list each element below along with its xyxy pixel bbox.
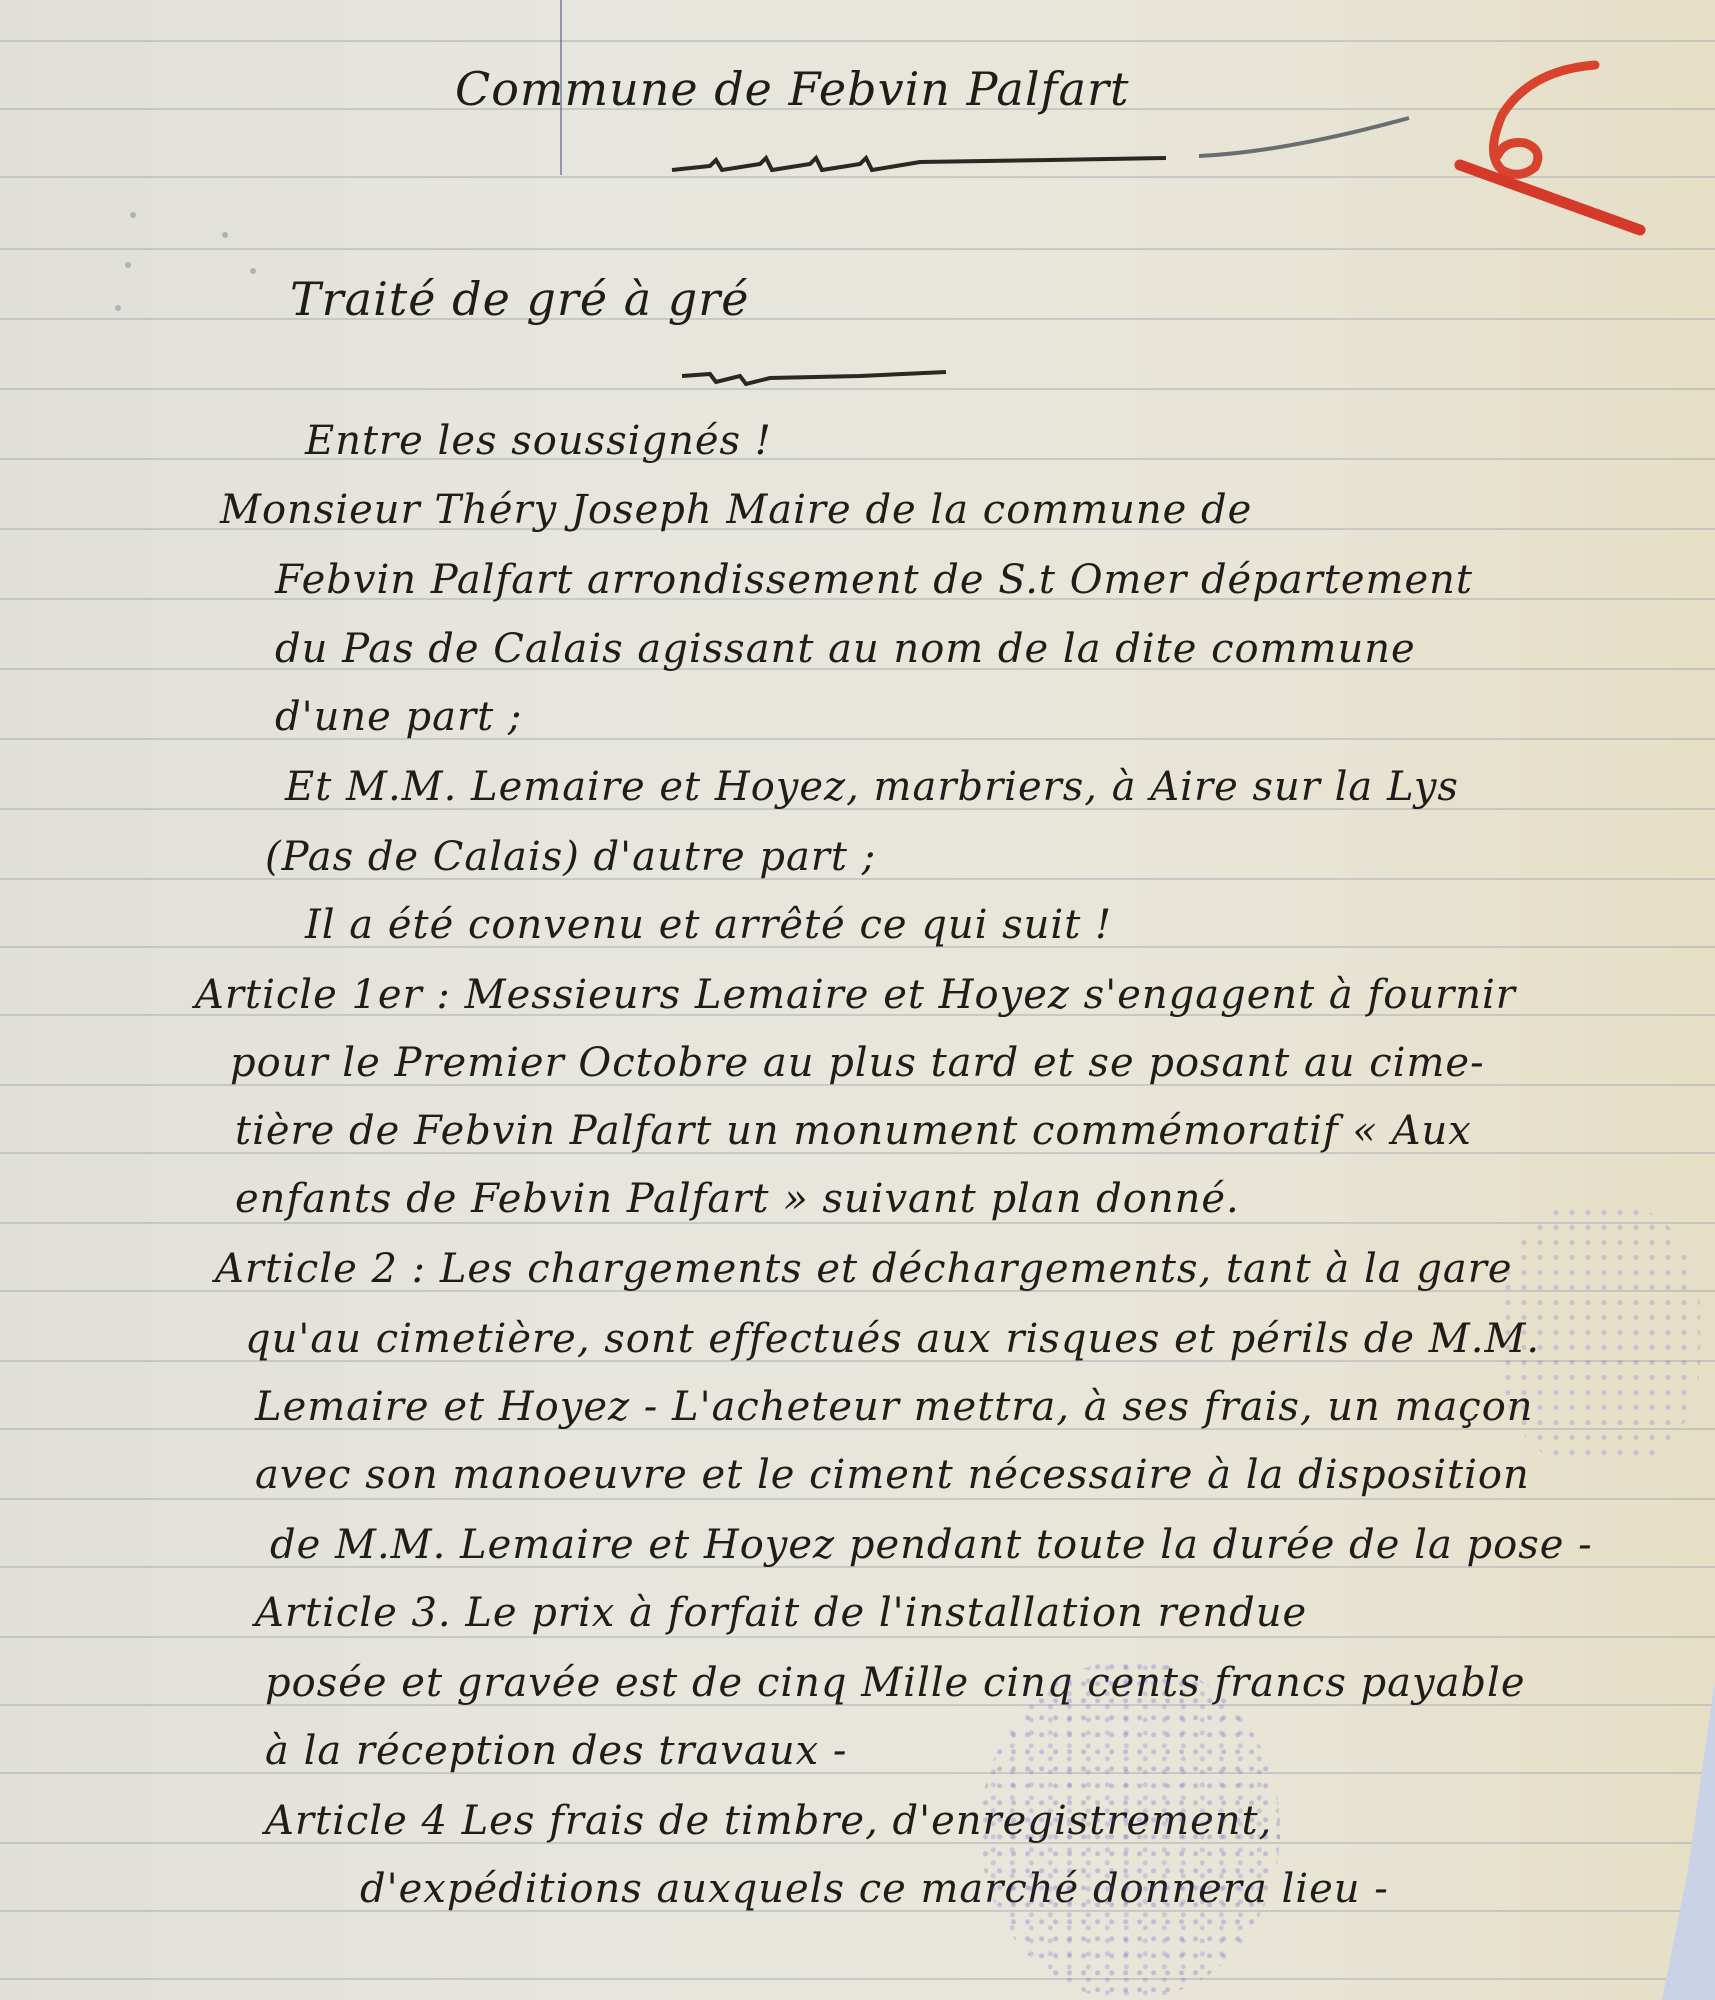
official-stamp-partial bbox=[1500, 1205, 1700, 1465]
text-line: Il a été convenu et arrêté ce qui suit ! bbox=[305, 902, 1112, 948]
text-line: posée et gravée est de cinq Mille cinq c… bbox=[265, 1660, 1526, 1706]
text-line: Article 3. Le prix à forfait de l'instal… bbox=[255, 1590, 1307, 1636]
official-stamp bbox=[980, 1660, 1280, 2000]
text-line: Monsieur Théry Joseph Maire de la commun… bbox=[220, 487, 1252, 533]
ruled-line bbox=[0, 1498, 1715, 1500]
text-line: à la réception des travaux - bbox=[265, 1728, 847, 1774]
document-page: Commune de Febvin Palfart 6 Traité de gr… bbox=[0, 0, 1715, 2000]
title-flourish bbox=[680, 368, 950, 392]
text-line: qu'au cimetière, sont effectués aux risq… bbox=[245, 1316, 1540, 1362]
text-line: tière de Febvin Palfart un monument comm… bbox=[235, 1108, 1472, 1154]
text-line: pour le Premier Octobre au plus tard et … bbox=[230, 1040, 1485, 1086]
ruled-line bbox=[0, 1772, 1715, 1774]
ruled-line bbox=[0, 248, 1715, 250]
text-line: Febvin Palfart arrondissement de S.t Ome… bbox=[275, 557, 1473, 603]
paper-spot bbox=[130, 212, 136, 218]
text-line: Article 1er : Messieurs Lemaire et Hoyez… bbox=[195, 972, 1516, 1018]
ruled-line bbox=[0, 458, 1715, 460]
paper-spot bbox=[250, 268, 256, 274]
ruled-line bbox=[0, 40, 1715, 42]
ruled-line bbox=[0, 1636, 1715, 1638]
text-line: Entre les soussignés ! bbox=[305, 418, 772, 464]
ruled-line bbox=[0, 738, 1715, 740]
ruled-line bbox=[0, 1222, 1715, 1224]
text-line: du Pas de Calais agissant au nom de la d… bbox=[275, 626, 1416, 672]
text-line: Lemaire et Hoyez - L'acheteur mettra, à … bbox=[255, 1384, 1534, 1430]
document-header: Commune de Febvin Palfart bbox=[455, 62, 1129, 116]
text-line: de M.M. Lemaire et Hoyez pendant toute l… bbox=[270, 1522, 1593, 1568]
page-number-mark-6 bbox=[1440, 55, 1670, 240]
pencil-underline bbox=[1195, 112, 1415, 162]
text-line: d'une part ; bbox=[275, 694, 522, 740]
ruled-line bbox=[0, 1978, 1715, 1980]
text-line: avec son manoeuvre et le ciment nécessai… bbox=[255, 1452, 1530, 1498]
text-line: Article 2 : Les chargements et déchargem… bbox=[215, 1246, 1513, 1292]
paper-spot bbox=[115, 305, 121, 311]
document-title: Traité de gré à gré bbox=[290, 272, 749, 326]
paper-spot bbox=[125, 262, 131, 268]
paper-spot bbox=[222, 232, 228, 238]
text-line: Et M.M. Lemaire et Hoyez, marbriers, à A… bbox=[285, 764, 1459, 810]
text-line: enfants de Febvin Palfart » suivant plan… bbox=[235, 1176, 1240, 1222]
header-flourish bbox=[670, 150, 1170, 180]
text-line: (Pas de Calais) d'autre part ; bbox=[265, 834, 876, 880]
ruled-line bbox=[0, 318, 1715, 320]
